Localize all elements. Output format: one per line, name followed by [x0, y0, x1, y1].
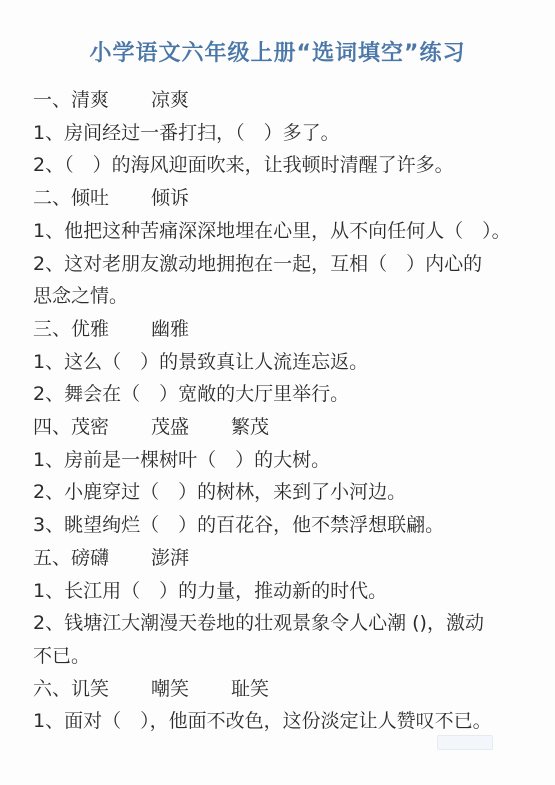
section-number: 二、 [33, 187, 71, 209]
section-number: 三、 [33, 318, 71, 340]
word-option: 繁茂 [231, 416, 269, 438]
word-option: 讥笑 [71, 678, 109, 700]
faint-watermark [437, 735, 493, 750]
word-option: 清爽 [71, 89, 109, 111]
exercise-item: 3、眺望绚烂（ ）的百花谷，他不禁浮想联翩。 [33, 509, 549, 542]
section-number: 六、 [33, 678, 71, 700]
exercise-item: 2、小鹿穿过（ ）的树林，来到了小河边。 [33, 476, 549, 509]
exercise-item: 1、房间经过一番打扫，（ ）多了。 [33, 117, 549, 150]
section-number: 四、 [33, 416, 71, 438]
word-option: 耻笑 [231, 678, 269, 700]
section-number: 五、 [33, 547, 71, 569]
word-option: 嘲笑 [151, 678, 189, 700]
exercise-item: 1、面对（ ），他面不改色，这份淡定让人赞叹不已。 [33, 705, 549, 738]
word-option: 磅礴 [71, 547, 109, 569]
section-header: 六、讥笑嘲笑耻笑 [33, 673, 549, 706]
word-option: 优雅 [71, 318, 109, 340]
exercise-item-continuation: 不已。 [33, 640, 549, 673]
section-header: 五、磅礴澎湃 [33, 542, 549, 575]
worksheet-body: 一、清爽凉爽 1、房间经过一番打扫，（ ）多了。 2、（ ）的海风迎面吹来，让我… [33, 84, 549, 738]
word-option: 凉爽 [151, 89, 189, 111]
exercise-item: 2、这对老朋友激动地拥抱在一起，互相（ ）内心的 [33, 248, 549, 281]
exercise-item: 1、长江用（ ）的力量，推动新的时代。 [33, 575, 549, 608]
word-option: 茂密 [71, 416, 109, 438]
exercise-item: 2、（ ）的海风迎面吹来，让我顿时清醒了许多。 [33, 149, 549, 182]
exercise-item: 2、舞会在（ ）宽敞的大厅里举行。 [33, 378, 549, 411]
exercise-item-continuation: 思念之情。 [33, 280, 549, 313]
exercise-item: 1、这么（ ）的景致真让人流连忘返。 [33, 346, 549, 379]
section-header: 三、优雅幽雅 [33, 313, 549, 346]
exercise-item: 2、钱塘江大潮漫天卷地的壮观景象令人心潮 ()，激动 [33, 607, 549, 640]
word-option: 倾吐 [71, 187, 109, 209]
section-number: 一、 [33, 89, 71, 111]
word-option: 澎湃 [151, 547, 189, 569]
section-header: 一、清爽凉爽 [33, 84, 549, 117]
word-option: 茂盛 [151, 416, 189, 438]
worksheet-page: 小学语文六年级上册“选词填空”练习 一、清爽凉爽 1、房间经过一番打扫，（ ）多… [0, 0, 555, 785]
word-option: 幽雅 [151, 318, 189, 340]
section-header: 二、倾吐倾诉 [33, 182, 549, 215]
exercise-item: 1、他把这种苦痛深深地埋在心里，从不向任何人（ ）。 [33, 215, 549, 248]
word-option: 倾诉 [151, 187, 189, 209]
exercise-item: 1、房前是一棵树叶（ ）的大树。 [33, 444, 549, 477]
section-header: 四、茂密茂盛繁茂 [33, 411, 549, 444]
worksheet-title: 小学语文六年级上册“选词填空”练习 [0, 0, 555, 68]
